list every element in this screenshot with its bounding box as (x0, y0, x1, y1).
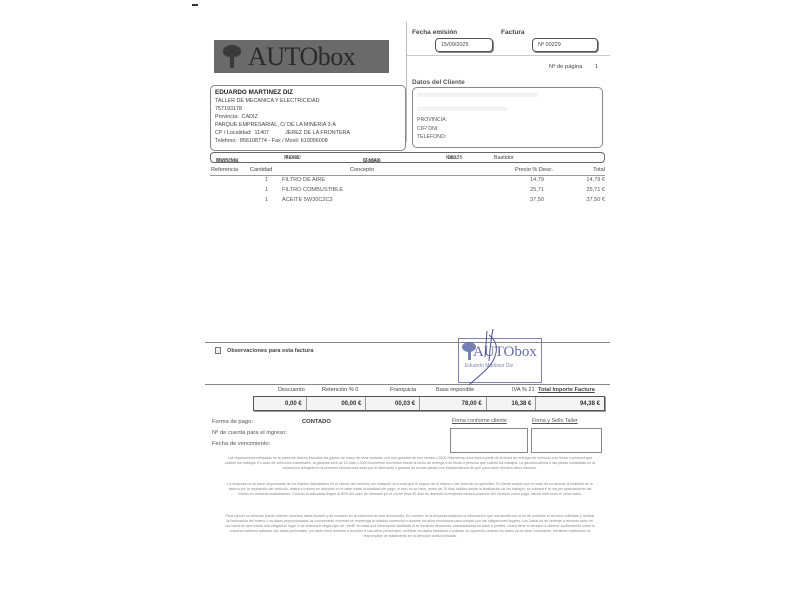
invoice-number-label: Factura (501, 29, 524, 36)
page-number-label: Nº de página (549, 64, 582, 70)
col-reference: Referencia (211, 167, 238, 173)
totals-labels: Descuento Retención % 0 Franquicia Base … (250, 387, 605, 395)
invoice-number-value: Nº 00229 (538, 42, 561, 48)
issuer-phone-label: Telefono: (215, 137, 237, 145)
client-signature-box (450, 428, 528, 453)
row-quantity: 1 (265, 187, 268, 193)
account-label: Nº de cuenta para el ingreso: (212, 428, 287, 439)
shop-signature-label: Firma y Sello Taller (532, 418, 578, 424)
header-divider (406, 22, 407, 142)
tree-logo-icon (220, 44, 246, 70)
row-quantity: 1 (265, 197, 268, 203)
issue-date-value: 15/09/2025 (441, 42, 469, 48)
client-details: PROVINCIA: CIF/ DNI: TELEFONO: (412, 87, 603, 148)
totals-box: 0,00 € 00,00 € 00,03 € 78,00 € 16,38 € 9… (253, 396, 605, 411)
invoice-number-field: Nº 00229 (532, 38, 598, 52)
payment-method-label: Forma de pago: (212, 417, 287, 428)
issuer-province-label: Provincia: (215, 113, 239, 121)
retention-label: Retención % 0 (322, 387, 358, 393)
client-phone-label: TELEFONO: (417, 133, 598, 142)
page-number-value: 1 (595, 64, 598, 70)
observations-bottom-rule (205, 384, 610, 385)
col-total: Total (593, 167, 605, 173)
issuer-fax-label: - Fax / Movil: (268, 137, 299, 145)
due-date-label: Fecha de vencimiento: (212, 439, 287, 450)
taxable-base-label: Base imponible (436, 387, 474, 393)
discount-value: 0,00 € (254, 397, 307, 410)
items-table-header: Referencia Cantidad Concepto Precio % De… (210, 167, 605, 176)
issuer-province: CADIZ (242, 113, 258, 121)
discount-label: Descuento (278, 387, 305, 393)
table-row: 1 FILTRO COMBUSTIBLE 25,71 25,71 € (210, 186, 605, 196)
privacy-text: Para ejercer su derecho puede obtener nu… (225, 514, 595, 539)
kms-value: 98135 (448, 155, 463, 161)
issuer-phone: 856108774 (240, 137, 267, 145)
col-concept: Concepto (350, 167, 374, 173)
table-row: 1 FILTRO DE AIRE 14,79 14,79 € (210, 176, 605, 186)
issue-date-label: Fecha emisión (412, 29, 457, 36)
chassis-label: Bastidor (494, 155, 514, 161)
issue-date-field: 15/09/2025 (435, 38, 493, 52)
row-concept: FILTRO COMBUSTIBLE (282, 187, 343, 193)
issuer-city: JEREZ DE LA FRONTERA (285, 129, 350, 137)
franchise-value: 00,03 € (366, 397, 420, 410)
issuer-details: EDUARDO MARTINEZ DIZ TALLER DE MECANICA … (210, 85, 406, 151)
row-total: 25,71 € (586, 187, 605, 193)
client-province-label: PROVINCIA: (417, 116, 598, 125)
row-concept: ACEITE 5W30C2C3 (282, 197, 333, 203)
issuer-address: PARQUE EMPRESARIAL, C/ DE LA MINERIA 3-A (215, 121, 401, 129)
col-price-discount: Precio % Desc. (515, 167, 553, 173)
franchise-label: Franquicia (390, 387, 416, 393)
plate-value: 8683JMX (216, 158, 239, 164)
header-rule (407, 55, 610, 56)
client-signature-label: Firma conforme cliente (452, 418, 507, 424)
scan-corner-mark (192, 4, 198, 6)
brand-value: FORD (286, 155, 301, 161)
retention-value: 00,00 € (307, 397, 367, 410)
vat-value: 16,38 € (487, 397, 537, 410)
row-total: 37,50 € (586, 197, 605, 203)
model-value: C-MAX (363, 158, 380, 164)
payment-info: Forma de pago: CONTADO Nº de cuenta para… (212, 417, 287, 450)
liability-text: La empresa no se hace responsable de los… (225, 482, 595, 497)
observations-rule (205, 342, 610, 343)
col-quantity: Cantidad (250, 167, 272, 173)
row-total: 14,79 € (586, 177, 605, 183)
invoice-page: AUTObox Fecha emisión 15/09/2025 Factura… (205, 22, 610, 582)
issuer-name: EDUARDO MARTINEZ DIZ (215, 89, 401, 97)
shop-signature-box (531, 428, 602, 453)
document-icon (215, 347, 221, 354)
observations-label: Observaciones para esta factura (227, 348, 313, 354)
issuer-cp-label: CP / Localidad: (215, 129, 251, 137)
row-price: 37,50 (530, 197, 544, 203)
vat-label: IVA % 21 (512, 387, 535, 393)
vehicle-info-bar: Matricula 8683JMX Marca FORD Modelo C-MA… (210, 152, 605, 163)
row-price: 25,71 (530, 187, 544, 193)
total-label: Total Importe Factura (538, 387, 595, 393)
row-concept: FILTRO DE AIRE (282, 177, 325, 183)
client-cif-label: CIF/ DNI: (417, 125, 598, 134)
issuer-cp: 11407 (254, 129, 269, 137)
client-address-redacted (417, 107, 507, 111)
client-section-label: Datos del Cliente (412, 79, 465, 86)
warranty-text: Las reparaciones reflejadas en la presen… (225, 456, 595, 471)
handwritten-signature (463, 327, 523, 387)
observations-section: Observaciones para esta factura (215, 347, 313, 354)
row-price: 14,79 (530, 177, 544, 183)
taxable-base-value: 78,00 € (420, 397, 487, 410)
items-table-body: 1 FILTRO DE AIRE 14,79 14,79 € 1 FILTRO … (210, 176, 605, 206)
table-row: 1 ACEITE 5W30C2C3 37,50 37,50 € (210, 196, 605, 206)
issuer-fax: 610056008 (301, 137, 328, 145)
total-value: 94,38 € (536, 397, 604, 410)
company-logo: AUTObox (214, 40, 389, 73)
row-quantity: 1 (265, 177, 268, 183)
issuer-tax-id: 757193178 (215, 105, 401, 113)
issuer-activity: TALLER DE MECANICA Y ELECTRICIDAD (215, 97, 401, 105)
client-name-redacted (417, 93, 537, 97)
payment-method-value: CONTADO (302, 417, 331, 428)
logo-text: AUTObox (248, 42, 355, 72)
